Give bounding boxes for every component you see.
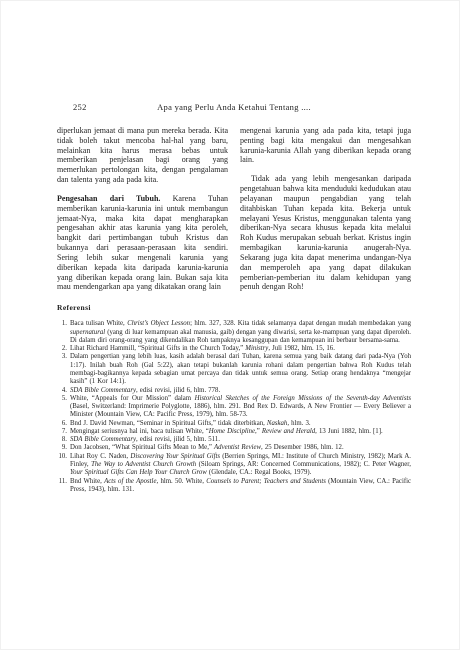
text-segment: Lihat Richard Hammill, “Spiritual Gifts … bbox=[70, 345, 245, 352]
running-title: Apa yang Perlu Anda Ketahui Tentang .... bbox=[57, 102, 411, 112]
page-content: 252 Apa yang Perlu Anda Ketahui Tentang … bbox=[57, 102, 411, 494]
text-segment: mengenai karunia yang ada pada kita, tet… bbox=[240, 126, 411, 164]
reference-number: 8. bbox=[57, 436, 70, 444]
references-list: 1.Baca tulisan White, Christ’s Object Le… bbox=[57, 320, 411, 494]
paragraph: Tidak ada yang lebih mengesankan daripad… bbox=[240, 174, 411, 292]
reference-number: 11. bbox=[57, 478, 70, 486]
text-segment: White, “Appeals for Our Mission” dalam bbox=[70, 395, 195, 402]
text-segment: Don Jacobsen, “What Spiritual Gifts Mean… bbox=[70, 444, 214, 451]
text-segment: (yang di luar kemampuan akal manusia, ga… bbox=[70, 329, 411, 344]
text-segment: , edisi revisi, jilid 5, hlm. 511. bbox=[136, 436, 220, 443]
text-segment: , 25 Desember 1986, hlm. 12. bbox=[261, 444, 344, 451]
text-segment: Review and Herald bbox=[262, 428, 315, 435]
paragraph: Pengesahan dari Tubuh. Karena Tuhan memb… bbox=[57, 194, 228, 292]
right-column: mengenai karunia yang ada pada kita, tet… bbox=[240, 126, 411, 292]
reference-number: 5. bbox=[57, 395, 70, 403]
references-heading: Referensi bbox=[57, 303, 411, 312]
reference-number: 4. bbox=[57, 387, 70, 395]
text-segment: , hlm. 50. White, bbox=[156, 478, 206, 485]
running-header: 252 Apa yang Perlu Anda Ketahui Tentang … bbox=[57, 102, 411, 113]
book-page: 252 Apa yang Perlu Anda Ketahui Tentang … bbox=[0, 0, 460, 650]
reference-item: 6.Bnd J. David Newman, “Seminar in Spiri… bbox=[57, 420, 411, 428]
text-segment: The Way to Adventist Church Growth bbox=[91, 461, 196, 468]
text-segment: Christ’s Object Lesson bbox=[127, 320, 190, 327]
reference-item: 9.Don Jacobsen, “What Spiritual Gifts Me… bbox=[57, 444, 411, 452]
reference-number: 6. bbox=[57, 420, 70, 428]
text-segment: SDA Bible Commentary bbox=[70, 387, 136, 394]
text-segment: Bnd White, bbox=[70, 478, 104, 485]
reference-item: 4.SDA Bible Commentary, edisi revisi, ji… bbox=[57, 387, 411, 395]
paragraph: mengenai karunia yang ada pada kita, tet… bbox=[240, 126, 411, 165]
text-segment: , Juli 1982, hlm. 15, 16. bbox=[268, 345, 335, 352]
body-text: diperlukan jemaat di mana pun mereka ber… bbox=[57, 126, 411, 292]
reference-number: 2. bbox=[57, 345, 70, 353]
reference-item: 8.SDA Bible Commentary, edisi revisi, ji… bbox=[57, 436, 411, 444]
text-segment: SDA Bible Commentary bbox=[70, 436, 136, 443]
text-segment: ,” bbox=[255, 428, 262, 435]
text-segment: ; hlm. 327, 328. Kita tidak selamanya da… bbox=[190, 320, 411, 327]
reference-item: 3.Dalam pengertian yang lebih luas, kasi… bbox=[57, 353, 411, 386]
reference-number: 3. bbox=[57, 353, 70, 361]
text-segment: Discovering Your Spiritual Gifts bbox=[130, 453, 220, 460]
reference-number: 9. bbox=[57, 444, 70, 452]
reference-number: 10. bbox=[57, 453, 70, 461]
text-segment: (Glendale, CA.: Regal Books, 1979). bbox=[207, 469, 312, 476]
text-segment: Acts of the Apostle bbox=[104, 478, 156, 485]
text-segment: (Basel, Switzerland: Imprimerie Polyglot… bbox=[70, 403, 411, 418]
reference-number: 1. bbox=[57, 320, 70, 328]
text-segment: , 13 Juni 1882, hlm. [1]. bbox=[315, 428, 383, 435]
text-segment: Baca tulisan White, bbox=[70, 320, 127, 327]
text-segment: Home Discipline bbox=[209, 428, 255, 435]
reference-item: 5.White, “Appeals for Our Mission” dalam… bbox=[57, 395, 411, 420]
text-segment: Lihat Roy C. Naden, bbox=[70, 453, 130, 460]
text-segment: Ministry bbox=[245, 345, 268, 352]
reference-item: 1.Baca tulisan White, Christ’s Object Le… bbox=[57, 320, 411, 345]
text-segment: Historical Sketches of the Foreign Missi… bbox=[195, 395, 411, 402]
text-segment: (Siloam Springs, AR: Concerned Communica… bbox=[196, 461, 411, 468]
page-number: 252 bbox=[73, 102, 87, 112]
text-segment: Your Spiritual Gifts Can Help Your Churc… bbox=[70, 469, 207, 476]
text-segment: Pengesahan dari Tubuh. bbox=[57, 194, 160, 203]
text-segment: , hlm. 3. bbox=[287, 420, 310, 427]
text-segment: Bnd J. David Newman, “Seminar in Spiritu… bbox=[70, 420, 267, 427]
reference-item: 11.Bnd White, Acts of the Apostle, hlm. … bbox=[57, 478, 411, 495]
text-segment: Adventist Review bbox=[214, 444, 261, 451]
text-segment: diperlukan jemaat di mana pun mereka ber… bbox=[57, 126, 228, 184]
paragraph: diperlukan jemaat di mana pun mereka ber… bbox=[57, 126, 228, 185]
text-segment: supernatural bbox=[70, 329, 105, 336]
reference-item: 7.Mengingat seriusnya hal ini, baca tuli… bbox=[57, 428, 411, 436]
reference-item: 2.Lihat Richard Hammill, “Spiritual Gift… bbox=[57, 345, 411, 353]
text-segment: Dalam pengertian yang lebih luas, kasih … bbox=[70, 353, 411, 385]
left-column: diperlukan jemaat di mana pun mereka ber… bbox=[57, 126, 228, 292]
text-segment: Mengingat seriusnya hal ini, baca tulisa… bbox=[70, 428, 209, 435]
reference-item: 10.Lihat Roy C. Naden, Discovering Your … bbox=[57, 453, 411, 478]
text-segment: Karena Tuhan memberikan karunia-karunia … bbox=[57, 194, 228, 291]
text-segment: Naskah bbox=[267, 420, 287, 427]
text-segment: , edisi revisi, jilid 6, hlm. 778. bbox=[136, 387, 220, 394]
text-segment: Counsels to Parent; Teachers and Student… bbox=[206, 478, 326, 485]
reference-number: 7. bbox=[57, 428, 70, 436]
text-segment: Tidak ada yang lebih mengesankan daripad… bbox=[240, 174, 411, 291]
